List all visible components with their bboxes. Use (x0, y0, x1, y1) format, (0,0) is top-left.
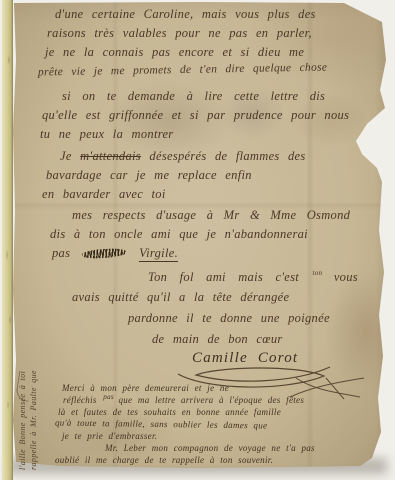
letter-line: je ne la connais pas encore et si dieu m… (45, 46, 304, 59)
letter-line: d'une certaine Caroline, mais vous plus … (55, 8, 316, 21)
letter-word: Je (60, 149, 72, 163)
letter-words: que ma lettre arrivera à l'époque des fê… (118, 395, 304, 405)
letter-line: pardonne il te donne une poignée (128, 312, 330, 325)
letter-words: Ton fol ami mais c'est (148, 270, 299, 284)
handwriting-layer: d'une certaine Caroline, mais vous plus … (0, 0, 395, 480)
letter-line: tu ne peux la montrer (40, 128, 173, 141)
letter-words: désespérés de flammes des (149, 149, 305, 163)
letter-line: Je m'attendais désespérés de flammes des (60, 150, 306, 163)
letter-word: vous (334, 270, 358, 284)
letter-line: dis à ton oncle ami que je n'abandonnera… (50, 228, 308, 241)
letter-line: prête vie je me promets de t'en dire que… (38, 62, 327, 79)
letter-line: Ton fol ami mais c'est ton vous (148, 271, 358, 284)
inserted-word: pas (103, 393, 114, 401)
postscript-line: je te prie d'embrasser. (62, 432, 157, 441)
postscript-line: qu'à toute ta famille, sans oublier les … (55, 419, 267, 431)
letter-line: pas Virgile. (52, 247, 178, 260)
letter-word: réfléchis (63, 395, 97, 405)
postscript-flourish (288, 376, 366, 400)
letter-line: avais quitté qu'il a la tête dérangée (72, 291, 289, 304)
letter-line: de main de bon cœur (152, 333, 283, 346)
postscript-line: là et fautes de tes souhaits en bonne an… (58, 408, 281, 417)
letter-line: bavardage car je me replace enfin (46, 169, 252, 182)
letter-word: pas (52, 246, 70, 260)
postscript-line: Mr. Leber mon compagnon de voyage ne t'a… (105, 444, 315, 453)
letter-line: en bavarder avec toi (42, 188, 166, 201)
postscript-line: oublié il me charge de te rappelle à ton… (55, 456, 273, 465)
struck-word: m'attendais (80, 149, 141, 163)
letter-line: raisons très valables pour ne pas en par… (47, 27, 312, 40)
scanned-letter-page: d'une certaine Caroline, mais vous plus … (0, 0, 395, 480)
postscript-line: réfléchis pas que ma lettre arrivera à l… (63, 396, 304, 405)
letter-line: mes respects d'usage à Mr & Mme Osmond (72, 209, 350, 222)
crossed-out-scribble (81, 247, 126, 259)
underlined-word: Virgile. (139, 246, 178, 262)
inserted-word: ton (313, 269, 323, 277)
letter-line: si on te demande à lire cette lettre dis (62, 90, 325, 103)
letter-line: qu'elle est griffonnée et si par prudenc… (42, 109, 349, 122)
